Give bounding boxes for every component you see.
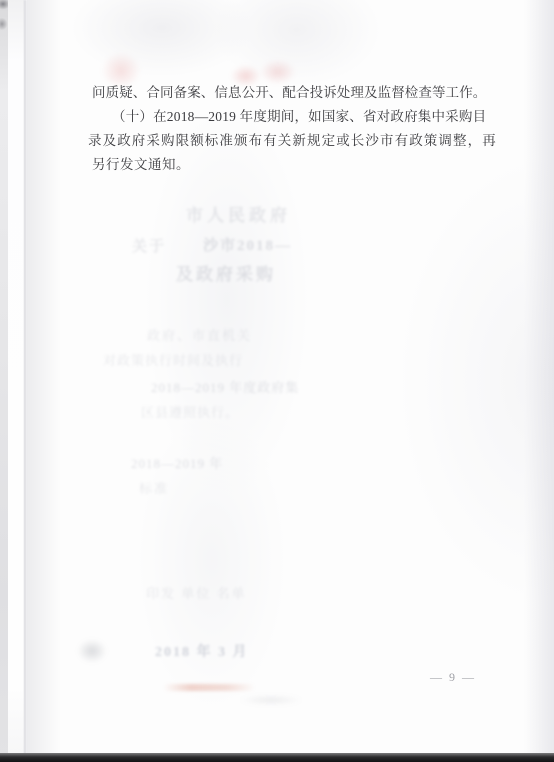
body-text-line: （十）在2018—2019 年度期间，如国家、省对政府集中采购目 bbox=[112, 108, 486, 126]
body-text-line: 另行发文通知。 bbox=[92, 156, 190, 174]
paper-edge-highlight bbox=[8, 0, 24, 762]
paper-surface: 问质疑、合同备案、信息公开、配合投诉处理及监督检查等工作。 （十）在2018—2… bbox=[27, 0, 554, 753]
bleed-through-text: 关于 bbox=[132, 235, 166, 256]
bleed-through-text: 及政府采购 bbox=[176, 260, 276, 285]
bleed-through-text: 沙市2018— bbox=[203, 234, 292, 255]
red-ink-bleed-smudge bbox=[101, 52, 141, 86]
red-ink-bleed-smudge bbox=[223, 48, 299, 88]
red-ink-bleed-smear bbox=[163, 684, 255, 691]
bleed-through-text: 2018—2019 年 bbox=[131, 453, 223, 472]
bleed-through-text: 印发 单位 名单 bbox=[146, 583, 247, 602]
bleed-through-text: 标准 bbox=[139, 478, 169, 497]
bleed-through-date: 2018 年 3 月 bbox=[155, 641, 249, 661]
scanned-document-page: 问质疑、合同备案、信息公开、配合投诉处理及监督检查等工作。 （十）在2018—2… bbox=[0, 0, 554, 762]
body-text-line: 录及政府采购限额标准颁布有关新规定或长沙市有政策调整，再 bbox=[88, 132, 497, 150]
page-number: — 9 — bbox=[430, 670, 476, 685]
bleed-through-text: 2018—2019 年度政府集 bbox=[151, 377, 299, 396]
gray-scan-smudge bbox=[77, 639, 107, 663]
bleed-through-text: 政府、市直机关 bbox=[147, 325, 252, 344]
scan-bottom-edge-bar bbox=[0, 753, 554, 762]
bleed-through-text: 对政策执行时间及执行 bbox=[103, 350, 243, 369]
body-text-line: 问质疑、合同备案、信息公开、配合投诉处理及监督检查等工作。 bbox=[92, 84, 486, 102]
bleed-through-text: 市人民政府 bbox=[186, 201, 291, 226]
gray-scan-smudge bbox=[239, 695, 303, 705]
bleed-through-text: 区县遵照执行。 bbox=[141, 402, 239, 421]
scan-left-edge-band bbox=[0, 0, 8, 762]
